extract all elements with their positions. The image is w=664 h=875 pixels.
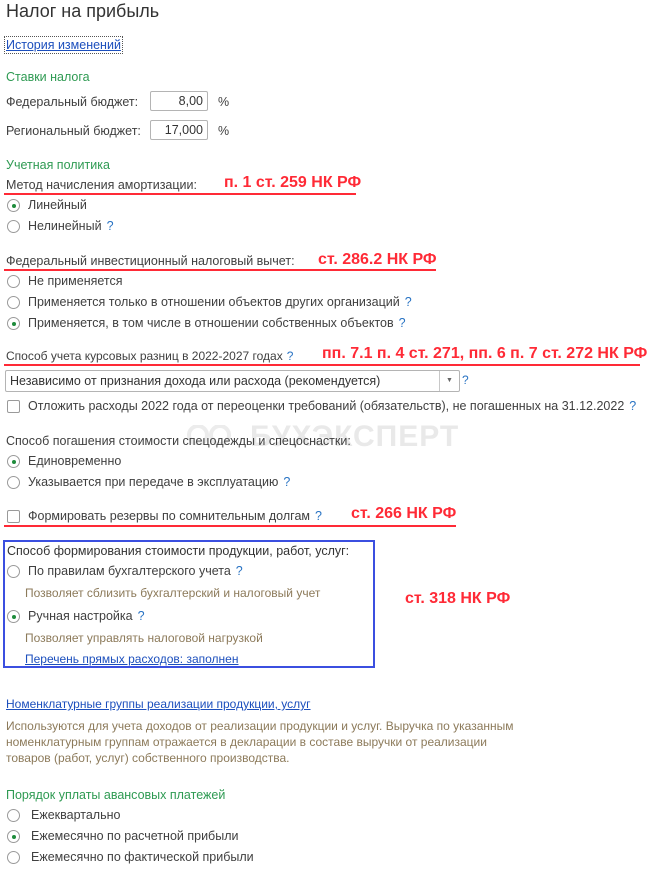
direct-costs-link[interactable]: Перечень прямых расходов: заполнен	[25, 652, 239, 666]
option-monthly-actual-label: Ежемесячно по фактической прибыли	[31, 850, 254, 864]
description-line: номенклатурным группам отражается в декл…	[6, 734, 514, 750]
section-tax-rates: Ставки налога	[6, 70, 90, 84]
defer-expenses-checkbox[interactable]	[7, 400, 20, 413]
doubtful-debts-label: Формировать резервы по сомнительным долг…	[28, 509, 322, 523]
radio-nonlinear[interactable]	[7, 220, 20, 233]
description-line: товаров (работ, услуг) собственного прои…	[6, 750, 514, 766]
history-link[interactable]: История изменений	[6, 38, 121, 52]
help-icon[interactable]: ?	[236, 564, 243, 578]
doubtful-debts-annotation: ст. 266 НК РФ	[351, 505, 456, 523]
option-accounting-rules-label: По правилам бухгалтерского учета?	[28, 564, 243, 578]
annotation-underline	[4, 269, 436, 271]
annotation-underline	[4, 193, 356, 195]
option-nonlinear-label: Нелинейный?	[28, 219, 114, 233]
nomenclature-description: Используются для учета доходов от реализ…	[6, 718, 514, 766]
radio-quarterly[interactable]	[7, 809, 20, 822]
help-icon[interactable]: ?	[315, 509, 322, 523]
investment-deduction-annotation: ст. 286.2 НК РФ	[318, 251, 437, 269]
description-line: Используются для учета доходов от реализ…	[6, 718, 514, 734]
help-icon[interactable]: ?	[405, 295, 412, 309]
option-monthly-estimated-label: Ежемесячно по расчетной прибыли	[31, 829, 238, 843]
dropdown-arrow-icon[interactable]: ▼	[439, 371, 459, 391]
option-manual-setup-label: Ручная настройка?	[28, 609, 145, 623]
option-not-applied-label: Не применяется	[28, 274, 123, 288]
option-own-objects-label: Применяется, в том числе в отношении соб…	[28, 316, 406, 330]
option-manual-setup-hint: Позволяет управлять налоговой нагрузкой	[25, 631, 263, 645]
percent-sign: %	[218, 95, 229, 109]
select-value: Независимо от признания дохода или расхо…	[10, 374, 380, 388]
option-on-transfer-label: Указывается при передаче в эксплуатацию?	[28, 475, 290, 489]
help-icon[interactable]: ?	[629, 399, 636, 413]
exchange-differences-label: Способ учета курсовых разниц в 2022-2027…	[6, 349, 293, 363]
defer-expenses-label: Отложить расходы 2022 года от переоценки…	[28, 399, 636, 413]
page-title: Налог на прибыль	[6, 1, 159, 22]
radio-monthly-estimated[interactable]	[7, 830, 20, 843]
percent-sign: %	[218, 124, 229, 138]
option-linear-label: Линейный	[28, 198, 87, 212]
annotation-underline	[4, 525, 456, 527]
exchange-differences-annotation: пп. 7.1 п. 4 ст. 271, пп. 6 п. 7 ст. 272…	[322, 345, 647, 363]
radio-accounting-rules[interactable]	[7, 565, 20, 578]
help-icon[interactable]: ?	[283, 475, 290, 489]
option-quarterly-label: Ежеквартально	[31, 808, 120, 822]
doubtful-debts-checkbox[interactable]	[7, 510, 20, 523]
radio-on-transfer[interactable]	[7, 476, 20, 489]
regional-budget-field[interactable]: 17,000	[150, 120, 208, 140]
federal-budget-label: Федеральный бюджет:	[6, 95, 138, 109]
depreciation-annotation: п. 1 ст. 259 НК РФ	[224, 174, 361, 192]
radio-one-time[interactable]	[7, 455, 20, 468]
exchange-differences-select[interactable]: Независимо от признания дохода или расхо…	[5, 370, 460, 392]
nomenclature-groups-link[interactable]: Номенклатурные группы реализации продукц…	[6, 697, 311, 711]
radio-not-applied[interactable]	[7, 275, 20, 288]
option-one-time-label: Единовременно	[28, 454, 121, 468]
help-icon[interactable]: ?	[107, 219, 114, 233]
radio-own-objects[interactable]	[7, 317, 20, 330]
federal-budget-field[interactable]: 8,00	[150, 91, 208, 111]
workwear-label: Способ погашения стоимости спецодежды и …	[6, 434, 351, 448]
regional-budget-label: Региональный бюджет:	[6, 124, 141, 138]
radio-other-orgs[interactable]	[7, 296, 20, 309]
depreciation-label: Метод начисления амортизации:	[6, 178, 197, 192]
annotation-underline	[4, 364, 640, 366]
option-accounting-rules-hint: Позволяет сблизить бухгалтерский и налог…	[25, 586, 320, 600]
help-icon[interactable]: ?	[138, 609, 145, 623]
radio-manual-setup[interactable]	[7, 610, 20, 623]
radio-linear[interactable]	[7, 199, 20, 212]
radio-monthly-actual[interactable]	[7, 851, 20, 864]
cost-formation-highlight-box	[3, 540, 375, 668]
cost-formation-label: Способ формирования стоимости продукции,…	[7, 544, 349, 558]
investment-deduction-label: Федеральный инвестиционный налоговый выч…	[6, 254, 295, 268]
cost-formation-annotation: ст. 318 НК РФ	[405, 590, 510, 608]
help-icon[interactable]: ?	[462, 373, 469, 387]
help-icon[interactable]: ?	[399, 316, 406, 330]
help-icon[interactable]: ?	[287, 349, 294, 363]
option-other-orgs-label: Применяется только в отношении объектов …	[28, 295, 412, 309]
section-accounting-policy: Учетная политика	[6, 158, 110, 172]
section-advance-payments: Порядок уплаты авансовых платежей	[6, 788, 225, 802]
